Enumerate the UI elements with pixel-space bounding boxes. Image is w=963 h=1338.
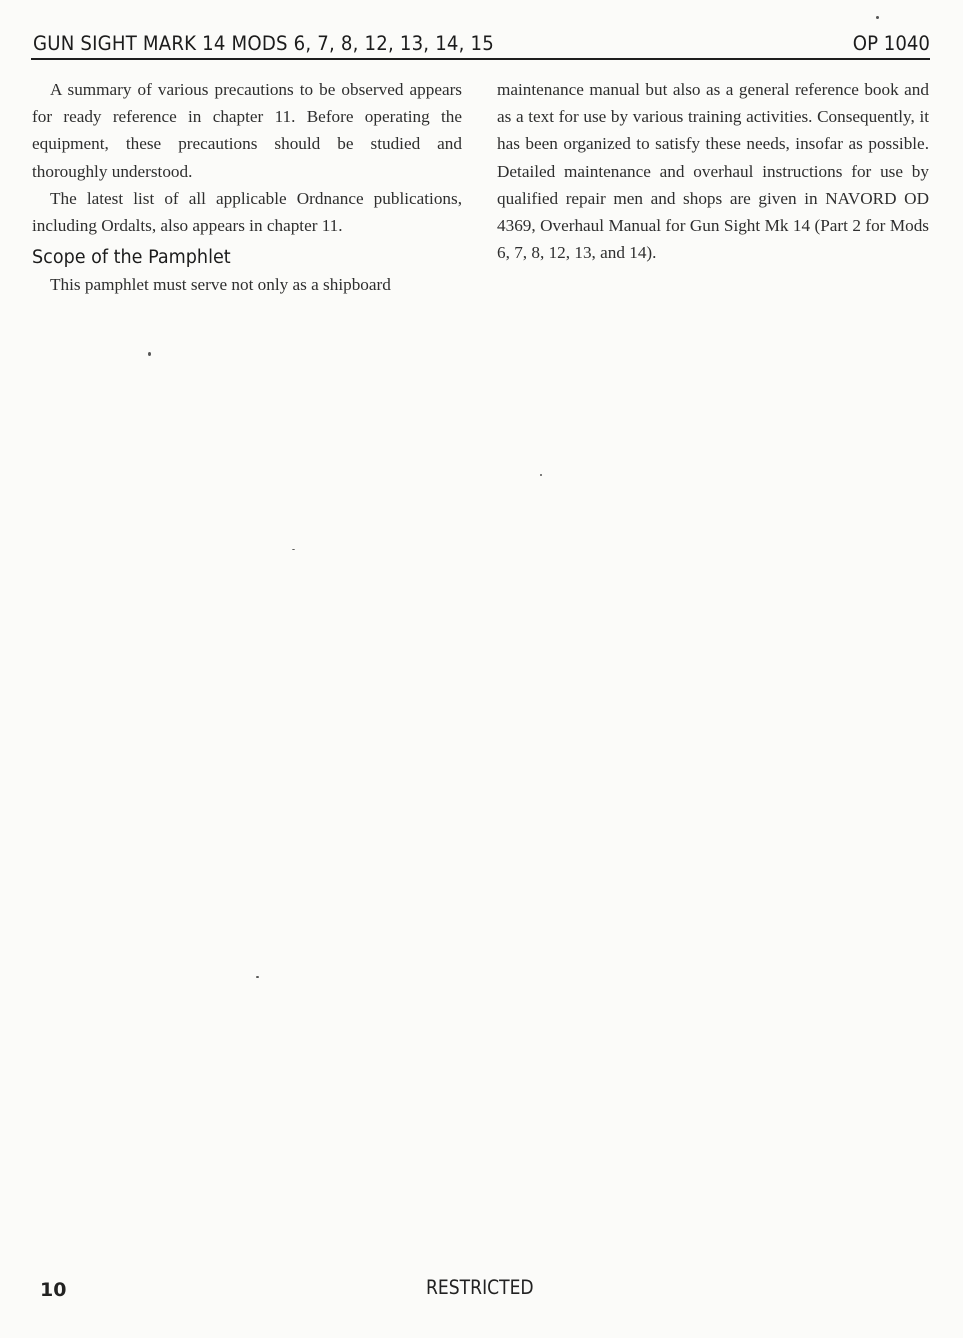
- scan-speck: [292, 549, 295, 550]
- page-number: 10: [40, 1279, 66, 1301]
- publications-paragraph: The latest list of all applicable Ordnan…: [32, 185, 462, 239]
- section-heading: Scope of the Pamphlet: [32, 245, 441, 271]
- left-column: A summary of various precautions to be o…: [32, 76, 462, 298]
- classification-mark: RESTRICTED: [426, 1276, 534, 1299]
- precautions-paragraph: A summary of various precautions to be o…: [32, 76, 462, 185]
- right-column: maintenance manual but also as a general…: [497, 76, 929, 266]
- document-title: GUN SIGHT MARK 14 MODS 6, 7, 8, 12, 13, …: [33, 32, 494, 55]
- scope-paragraph-continuation: maintenance manual but also as a general…: [497, 76, 929, 266]
- scan-speck: [256, 976, 259, 978]
- running-header: GUN SIGHT MARK 14 MODS 6, 7, 8, 12, 13, …: [31, 30, 930, 60]
- scan-speck: [148, 352, 151, 356]
- scan-speck: [876, 16, 879, 19]
- publication-code: OP 1040: [853, 32, 930, 55]
- scope-paragraph-start: This pamphlet must serve not only as a s…: [32, 271, 462, 298]
- scan-speck: [540, 474, 542, 476]
